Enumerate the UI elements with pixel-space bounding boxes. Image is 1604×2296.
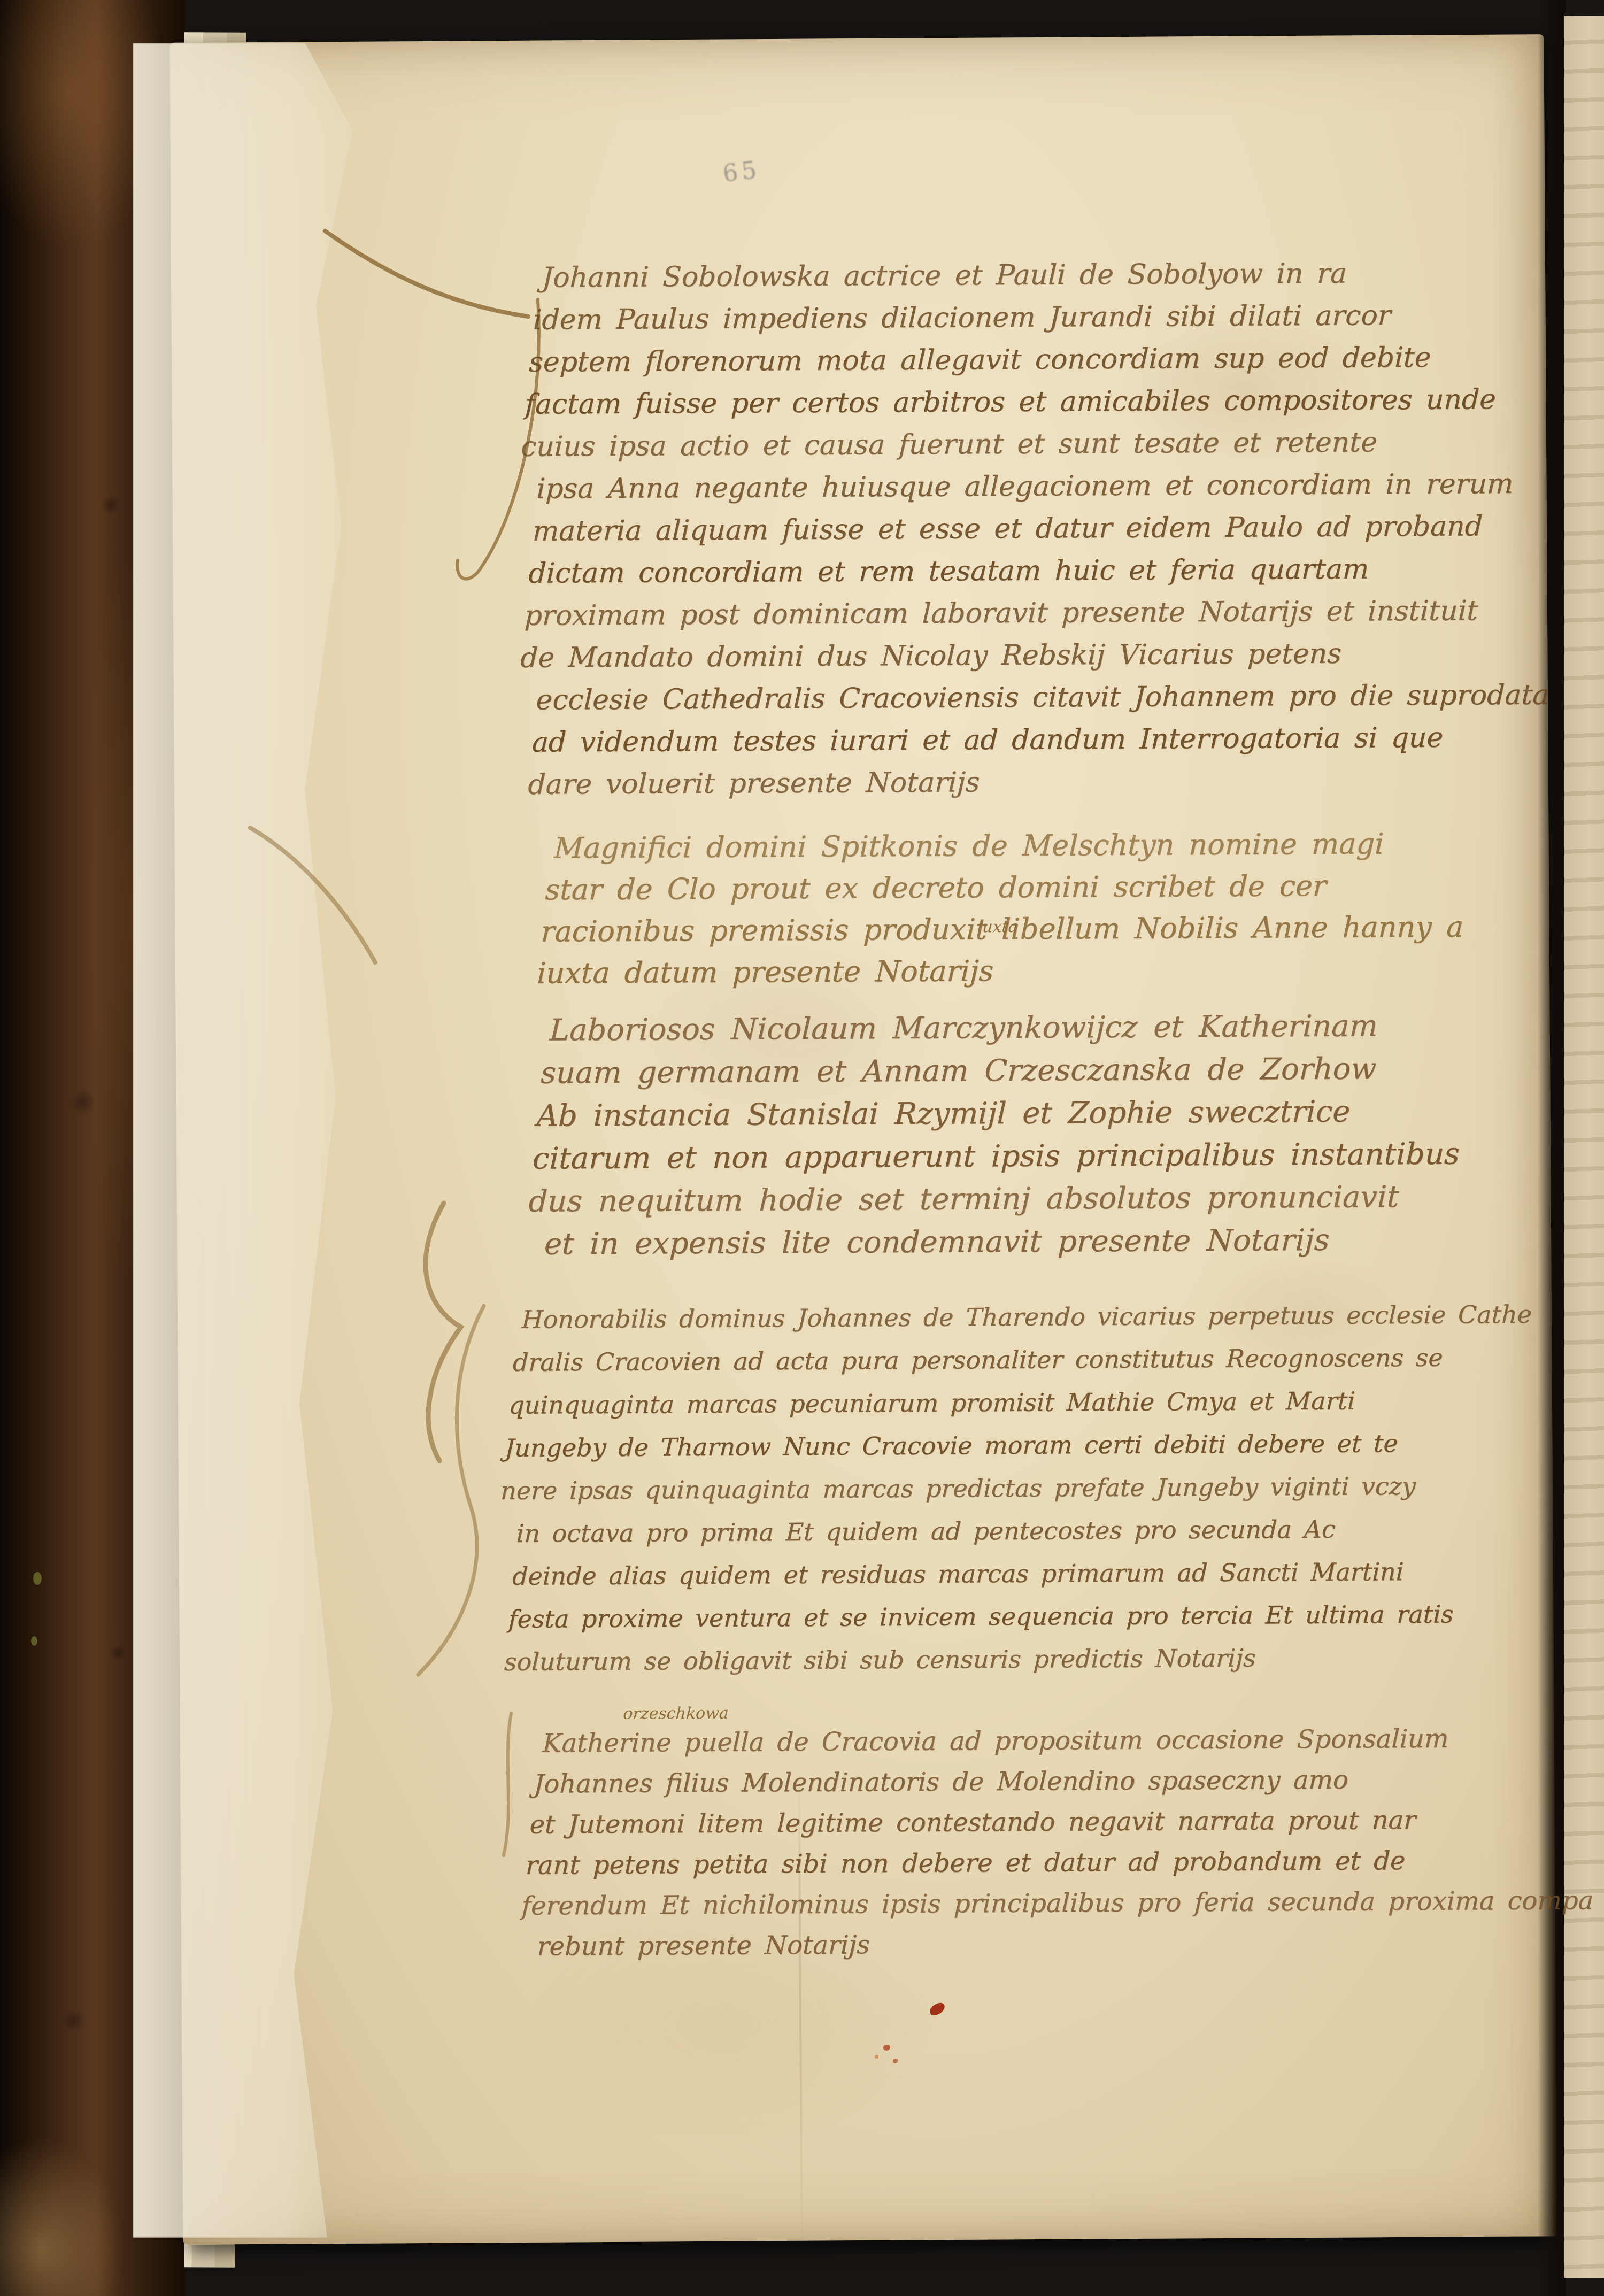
record-entry-2: Magnifici domini Spitkonis de Melschtyn … (536, 823, 1464, 995)
manuscript-line: materia aliquam fuisse et esse et datur … (532, 505, 1549, 553)
manuscript-line: iuxta datum presente Notarijs (536, 948, 1464, 995)
manuscript-line: in octava pro prima Et quidem ad penteco… (516, 1507, 1534, 1555)
manuscript-line: idem Paulus impediens dilacionem Jurandi… (533, 294, 1548, 342)
manuscript-line: rant petens petita sibi non debere et da… (525, 1839, 1594, 1885)
manuscript-line: ecclesie Cathedralis Cracoviensis citavi… (535, 674, 1549, 722)
manuscript-line: ferendum Et nichilominus ipsis principal… (521, 1880, 1594, 1927)
manuscript-line: Jungeby de Tharnow Nunc Cracovie moram c… (504, 1421, 1533, 1469)
manuscript-line: et in expensis lite condemnavit presente… (544, 1219, 1461, 1266)
manuscript-line: soluturum se obligavit sibi sub censuris… (504, 1635, 1534, 1683)
manuscript-line: Johanni Sobolowska actrice et Pauli de S… (541, 252, 1547, 299)
interlinear-note: orzeschkowa (622, 1693, 730, 1735)
manuscript-line: et Jutemoni litem legitime contestando n… (529, 1799, 1593, 1845)
manuscript-line: dictam concordiam et rem tesatam huic et… (528, 548, 1549, 595)
manuscript-line: factam fuisse per certos arbitros et ami… (525, 379, 1548, 426)
manuscript-line: Honorabilis dominus Johannes de Tharendo… (521, 1293, 1532, 1341)
manuscript-line: dralis Cracovien ad acta pura personalit… (512, 1336, 1533, 1384)
record-entry-4: Honorabilis dominus Johannes de Tharendo… (503, 1293, 1533, 1683)
manuscript-line: star de Clo prout ex decreto domini scri… (544, 865, 1464, 911)
manuscript-line: dare voluerit presente Notarijs (527, 759, 1550, 806)
manuscript-line: Magnifici domini Spitkonis de Melschtyn … (553, 823, 1464, 869)
manuscript-line: proximam post dominicam laboravit presen… (524, 590, 1549, 637)
pencil-folio-number: 65 (721, 156, 762, 188)
manuscript-line: dus nequitum hodie set terminj absolutos… (528, 1176, 1460, 1223)
manuscript-line: citarum et non apparuerunt ipsis princip… (532, 1133, 1460, 1181)
manuscript-line: Laboriosos Nicolaum Marczynkowijcz et Ka… (549, 1005, 1460, 1052)
manuscript-line: suam germanam et Annam Crzesczanska de Z… (540, 1047, 1460, 1095)
text-block: Johanni Sobolowska actrice et Pauli de S… (0, 0, 1604, 2296)
manuscript-line: septem florenorum mota allegavit concord… (528, 336, 1548, 384)
record-entry-5: Katherine puella de Cracovia ad proposit… (525, 1717, 1594, 1967)
manuscript-line: quinquaginta marcas pecuniarum promisit … (508, 1378, 1533, 1427)
manuscript-line: nere ipsas quinquaginta marcas predictas… (500, 1464, 1533, 1512)
record-entry-3: Laboriosos Nicolaum Marczynkowijcz et Ka… (531, 1005, 1460, 1266)
record-entry-1: Johanni Sobolowska actrice et Pauli de S… (523, 252, 1549, 806)
manuscript-line: ad videndum testes iurari et ad dandum I… (531, 716, 1550, 764)
interlinear-note: iuxta (976, 906, 1019, 948)
manuscript-line: ipsa Anna negante huiusque allegacionem … (536, 463, 1548, 511)
manuscript-photo: Johanni Sobolowska actrice et Pauli de S… (0, 0, 1604, 2296)
manuscript-line: rebunt presente Notarijs (537, 1921, 1594, 1967)
manuscript-line: festa proxime ventura et se invicem sequ… (507, 1592, 1534, 1640)
manuscript-line: cuius ipsa actio et causa fuerunt et sun… (520, 421, 1548, 468)
manuscript-line: Ab instancia Stanislai Rzymijl et Zophie… (536, 1090, 1460, 1138)
manuscript-line: deinde alias quidem et residuas marcas p… (512, 1550, 1534, 1598)
manuscript-line: Johannes filius Molendinatoris de Molend… (533, 1758, 1593, 1804)
manuscript-line: de Mandato domini dus Nicolay Rebskij Vi… (520, 632, 1549, 680)
